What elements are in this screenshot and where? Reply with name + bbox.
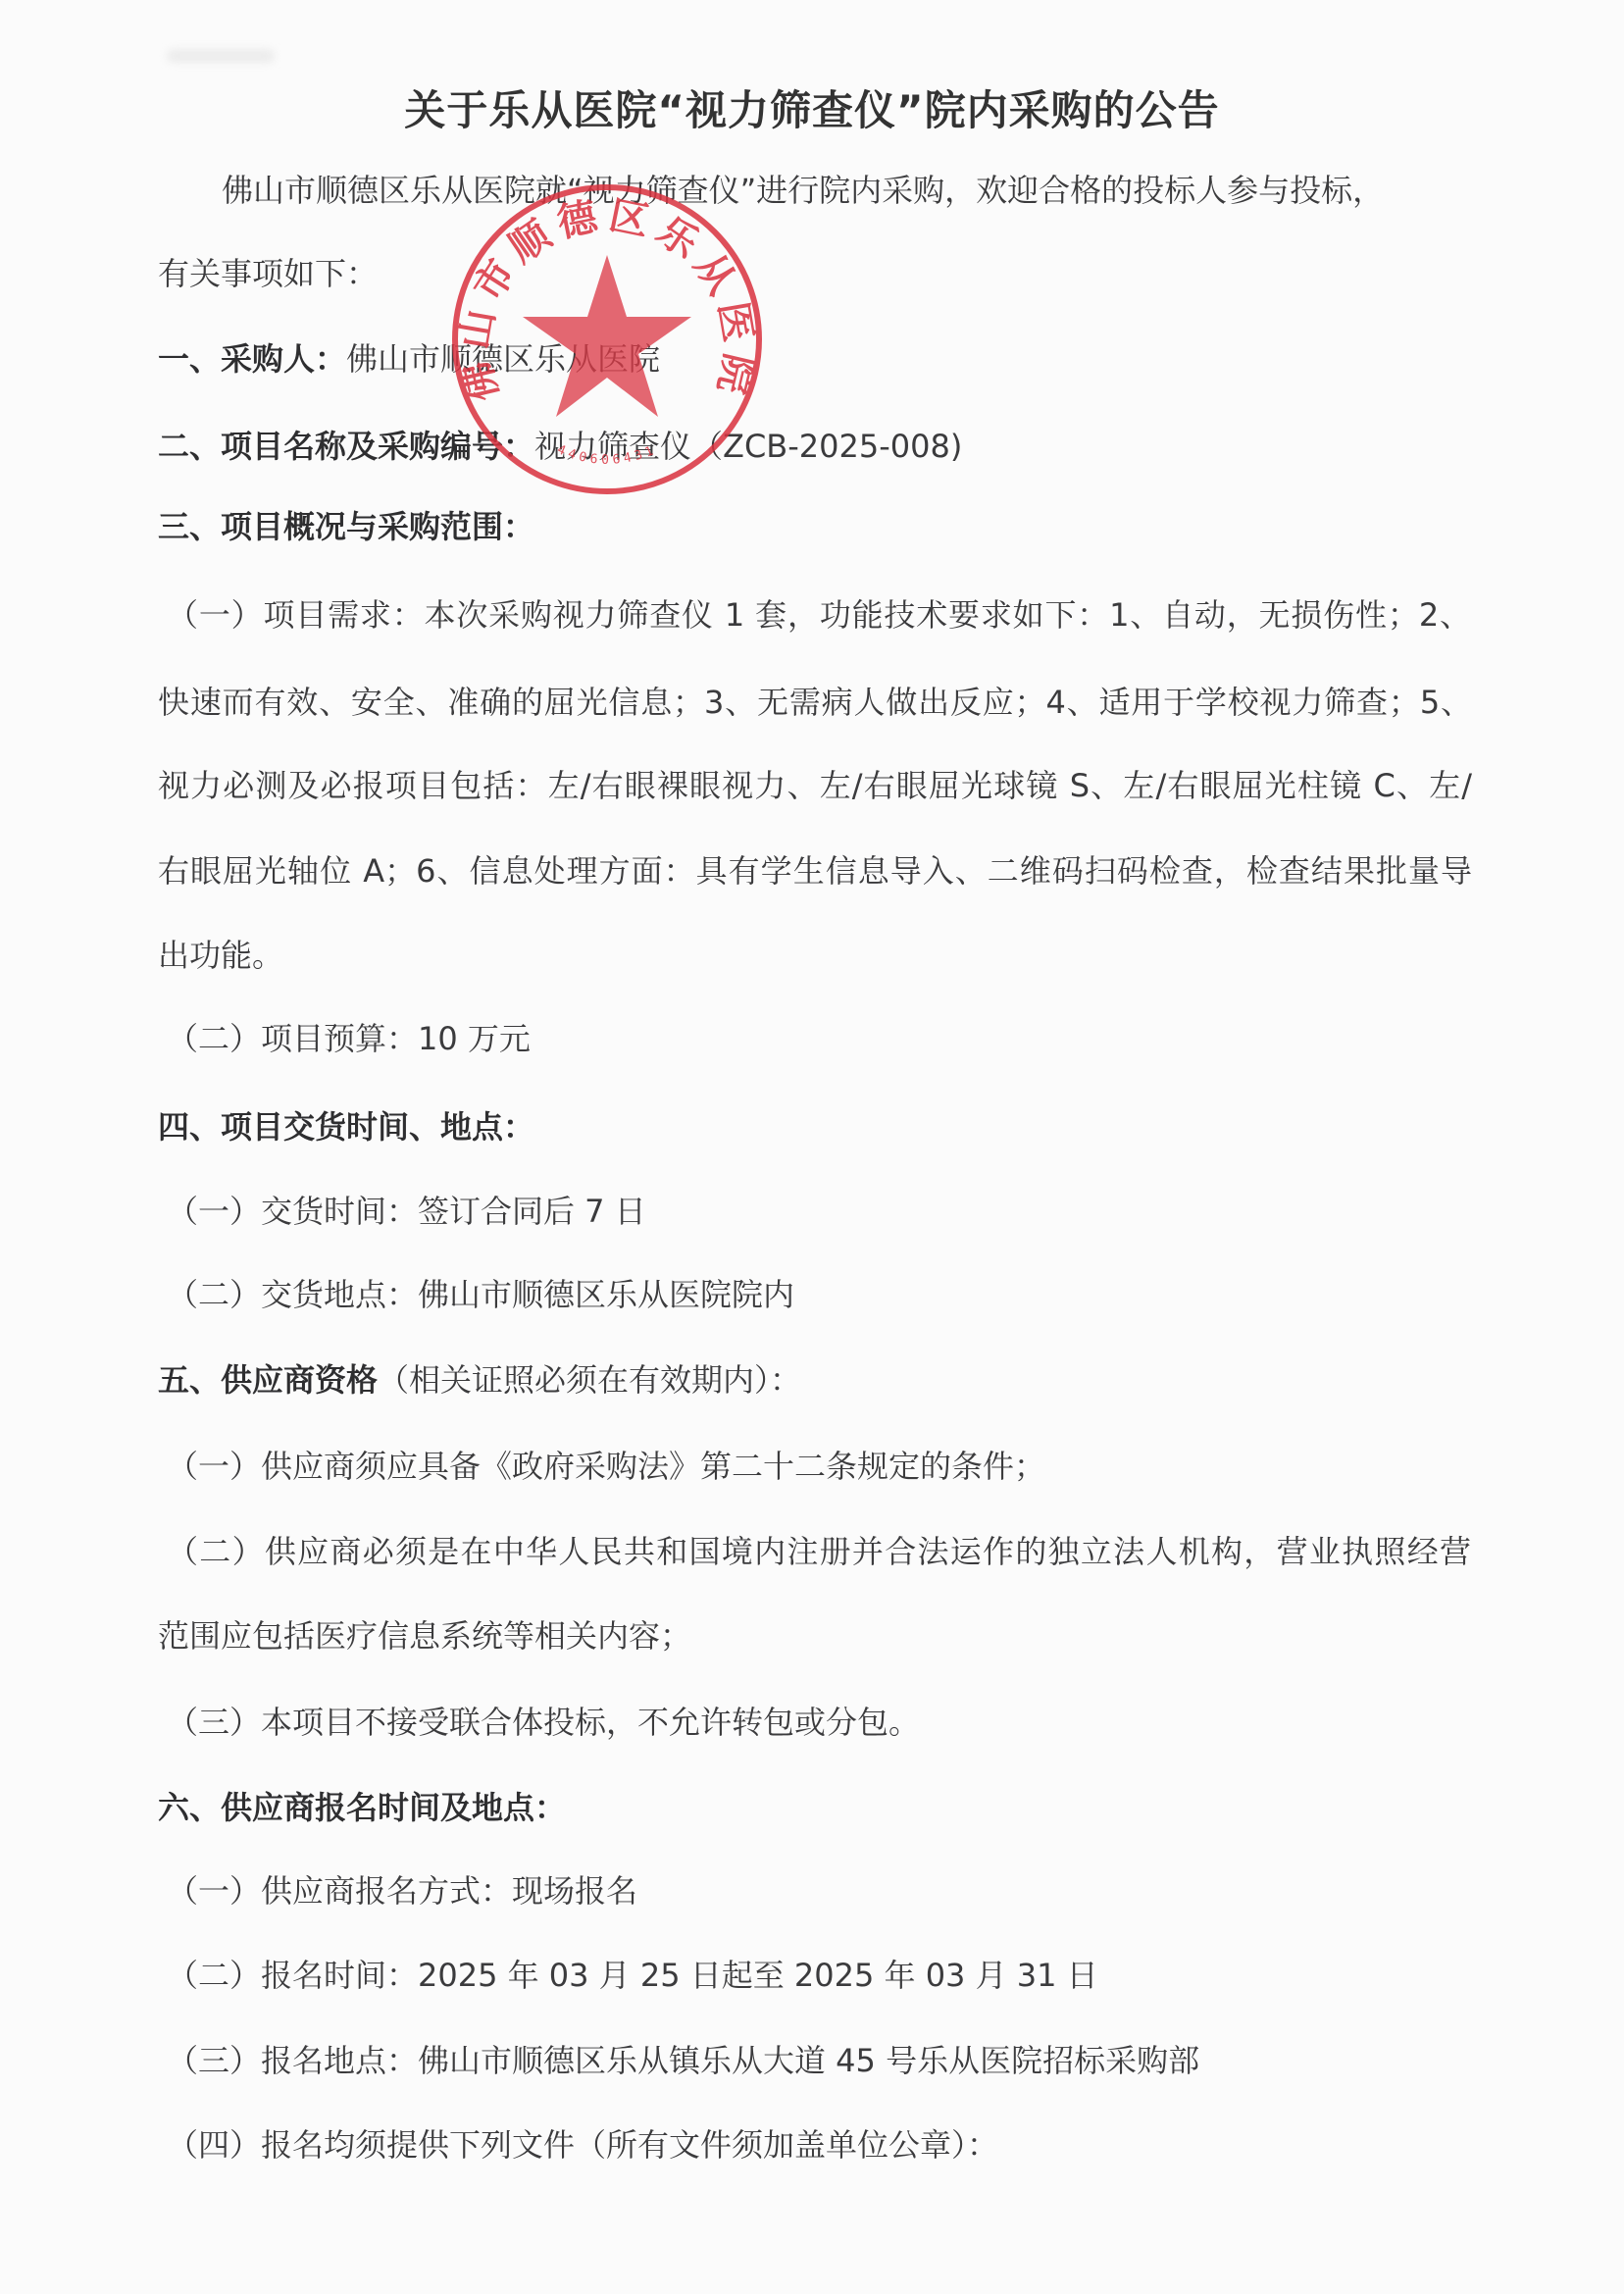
requirement-line-4: 右眼屈光轴位 A；6、信息处理方面：具有学生信息导入、二维码扫码检查，检查结果批… (158, 849, 1472, 892)
requirement-line-1: （一）项目需求：本次采购视力筛查仪 1 套，功能技术要求如下：1、自动，无损伤性… (167, 593, 1471, 637)
section-5-heading: 五、供应商资格 (158, 1361, 378, 1399)
section-6-heading: 六、供应商报名时间及地点： (158, 1786, 566, 1829)
document-title: 关于乐从医院“视力筛查仪”院内采购的公告 (0, 78, 1624, 137)
section-4-heading: 四、项目交货时间、地点： (158, 1105, 534, 1148)
registration-time: （二）报名时间：2025 年 03 月 25 日起至 2025 年 03 月 3… (167, 1954, 1098, 1997)
requirement-line-5: 出功能。 (158, 934, 283, 977)
document-page: 关于乐从医院“视力筛查仪”院内采购的公告 佛山市顺德区乐从医院就“视力筛查仪”进… (0, 0, 1624, 2294)
section-2: 二、项目名称及采购编号：视力筛查仪（ZCB-2025-008) (158, 425, 962, 468)
star-icon (523, 255, 691, 417)
qualification-3: （三）本项目不接受联合体投标，不允许转包或分包。 (167, 1701, 920, 1744)
section-2-heading: 二、项目名称及采购编号： (158, 428, 534, 465)
qualification-1: （一）供应商须应具备《政府采购法》第二十二条规定的条件； (167, 1445, 1045, 1488)
registration-method: （一）供应商报名方式：现场报名 (167, 1869, 637, 1912)
registration-documents: （四）报名均须提供下列文件（所有文件须加盖单位公章）： (167, 2123, 998, 2167)
intro-line-2: 有关事项如下： (158, 252, 378, 295)
section-3-heading: 三、项目概况与采购范围： (158, 505, 534, 548)
section-1-heading: 一、采购人： (158, 340, 346, 378)
qualification-2: （二）供应商必须是在中华人民共和国境内注册并合法运作的独立法人机构，营业执照经营 (167, 1530, 1471, 1573)
registration-location: （三）报名地点：佛山市顺德区乐从镇乐从大道 45 号乐从医院招标采购部 (167, 2039, 1199, 2082)
section-5-note: （相关证照必须在有效期内）： (378, 1361, 801, 1399)
section-2-text: 视力筛查仪（ZCB-2025-008) (534, 428, 962, 465)
budget-line: （二）项目预算：10 万元 (167, 1017, 531, 1060)
section-1-text: 佛山市顺德区乐从医院 (346, 340, 660, 378)
requirement-line-2: 快速而有效、安全、准确的屈光信息；3、无需病人做出反应；4、适用于学校视力筛查；… (158, 681, 1472, 724)
delivery-location: （二）交货地点：佛山市顺德区乐从医院院内 (167, 1273, 794, 1316)
delivery-time: （一）交货时间：签订合同后 7 日 (167, 1190, 646, 1233)
requirement-line-3: 视力必测及必报项目包括：左/右眼裸眼视力、左/右眼屈光球镜 S、左/右眼屈光柱镜… (158, 764, 1472, 807)
section-1: 一、采购人：佛山市顺德区乐从医院 (158, 337, 660, 381)
intro-line-1: 佛山市顺德区乐从医院就“视力筛查仪”进行院内采购，欢迎合格的投标人参与投标， (222, 169, 1384, 212)
qualification-2-cont: 范围应包括医疗信息系统等相关内容； (158, 1614, 691, 1657)
section-5: 五、供应商资格（相关证照必须在有效期内）： (158, 1358, 801, 1402)
scan-smudge (167, 49, 275, 63)
